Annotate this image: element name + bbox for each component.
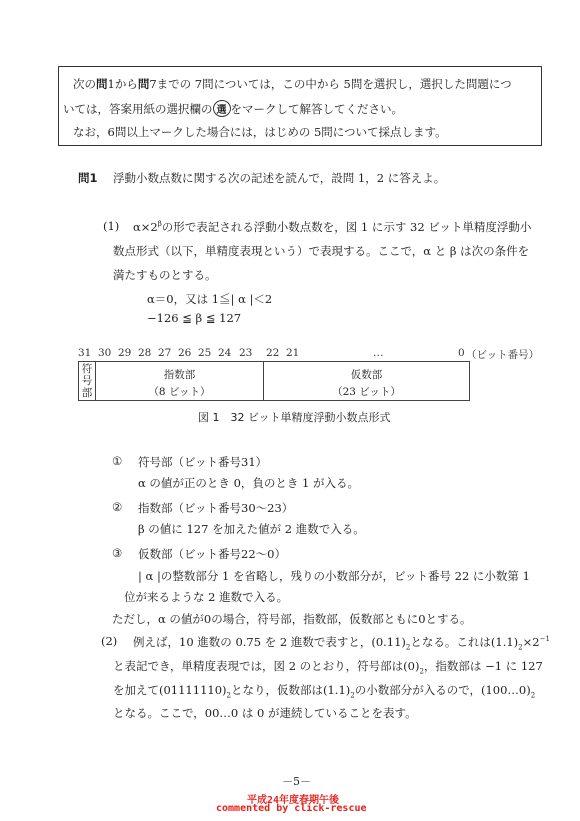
- text: 部: [79, 387, 95, 399]
- mantissa-field: 仮数部 （23 ビット）: [264, 362, 469, 400]
- part1-line-3: 満たすものとする。: [113, 267, 217, 283]
- item-desc: | α |の整数部分 1 を省略し，残りの小数部分が，ビット番号 22 に小数第…: [138, 568, 530, 584]
- instructions-line-3: なお，6問以上マークした場合には，はじめの 5問について採点します。: [73, 124, 447, 140]
- text: 次の: [73, 77, 96, 91]
- item-desc: β の値に 127 を加えた値が 2 進数で入る。: [138, 521, 365, 537]
- instructions-box: 次の問1から問7までの 7問については，この中から 5問を選択し，選択した問題に…: [58, 66, 542, 146]
- question-label: 問1: [78, 170, 98, 186]
- question-intro: 浮動小数点数に関する次の記述を読んで，設問 1，2 に答えよ。: [113, 170, 445, 186]
- condition-beta: −126 ≦ β ≦ 127: [147, 311, 241, 325]
- text: を加えて(01111110): [113, 683, 227, 697]
- bit-number: 24: [218, 347, 231, 359]
- part2-number: (2): [101, 634, 117, 648]
- instructions-line-1: 次の問1から問7までの 7問については，この中から 5問を選択し，選択した問題に…: [73, 76, 512, 92]
- field-name: 指数部: [96, 367, 263, 382]
- question-ref: 問: [96, 77, 108, 91]
- text: 7までの 7問については，この中から 5問を選択し，選択した問題につ: [149, 77, 511, 91]
- bit-number: …: [373, 347, 384, 359]
- item-mark: ①: [112, 454, 122, 468]
- part1-number: (1): [103, 219, 119, 233]
- bit-number: 31: [78, 347, 91, 359]
- part2-line-1: 例えば，10 進数の 0.75 を 2 進数で表すと，(0.11)2となる。これ…: [133, 634, 550, 651]
- text: となる。これは(1.1): [410, 635, 518, 649]
- exponent-field: 指数部 （8 ビット）: [96, 362, 264, 400]
- instructions-line-2: いては，答案用紙の選択欄の選をマークして解答してください。: [63, 100, 403, 117]
- bit-number: 29: [118, 347, 131, 359]
- page-number: －5－: [282, 773, 311, 789]
- bit-number: 22: [266, 347, 279, 359]
- item-title: 指数部（ビット番号30～23）: [138, 500, 293, 516]
- text: いては，答案用紙の選択欄の: [63, 102, 213, 116]
- item-desc: α の値が正のとき 0，負のとき 1 が入る。: [138, 475, 359, 491]
- bit-number: 26: [178, 347, 191, 359]
- text: 1から: [108, 77, 138, 91]
- item-desc: 位が来るような 2 進数で入る。: [124, 589, 288, 605]
- text: となり，仮数部は(1.1): [231, 683, 350, 697]
- sign-field: 符 号 部: [79, 362, 96, 400]
- bit-number: 30: [98, 347, 111, 359]
- condition-alpha: α＝0，又は 1≦| α |＜2: [147, 291, 272, 307]
- bit-number: 27: [158, 347, 171, 359]
- part1-line-2: 数点形式（以下，単精度表現という）で表現する。ここで，α と β は次の条件を: [113, 243, 529, 259]
- part2-line-3: を加えて(01111110)2となり，仮数部は(1.1)2の小数部分が入るので，…: [113, 682, 535, 699]
- field-bits: （23 ビット）: [264, 384, 469, 399]
- text: −1: [540, 635, 550, 643]
- bit-number: 25: [198, 347, 211, 359]
- field-name: 仮数部: [264, 367, 469, 382]
- text: の小数部分が入るので，(100…0): [355, 683, 531, 697]
- bit-number: 21: [286, 347, 299, 359]
- text: と表記でき，単精度表現では，図 2 のとおり，符号部は(0): [113, 659, 419, 673]
- part1-line-1: α×2βの形で表記される浮動小数点数を，図 1 に示す 32 ビット単精度浮動小: [133, 219, 531, 235]
- text: 2: [531, 691, 535, 699]
- bit-number: 0: [458, 347, 465, 359]
- bit-layout-diagram: 符 号 部 指数部 （8 ビット） 仮数部 （23 ビット）: [78, 361, 470, 401]
- zero-note: ただし，α の値が0の場合，符号部，指数部，仮数部ともに0とする。: [112, 611, 472, 627]
- text: α×2: [133, 220, 158, 234]
- text: をマークして解答してください。: [231, 102, 404, 116]
- item-title: 符号部（ビット番号31）: [138, 454, 267, 470]
- question-ref: 問: [138, 77, 150, 91]
- item-mark: ②: [112, 500, 122, 514]
- bit-number: 23: [239, 347, 252, 359]
- text: 号: [79, 375, 95, 387]
- select-mark-icon: 選: [213, 100, 231, 117]
- field-bits: （8 ビット）: [96, 384, 263, 399]
- text: の形で表記される浮動小数点数を，図 1 に示す 32 ビット単精度浮動小: [162, 220, 532, 234]
- text: 符: [79, 363, 95, 375]
- part2-line-2: と表記でき，単精度表現では，図 2 のとおり，符号部は(0)2，指数部は −1 …: [113, 658, 543, 675]
- text: ×2: [523, 635, 540, 649]
- item-title: 仮数部（ビット番号22～0）: [138, 546, 286, 562]
- text: 例えば，10 進数の 0.75 を 2 進数で表すと，(0.11): [133, 635, 406, 649]
- bit-number: 28: [138, 347, 151, 359]
- text: ，指数部は −1 に 127: [424, 659, 543, 673]
- credit-label: commented by click-rescue: [216, 803, 367, 814]
- bit-number-label: （ビット番号）: [466, 347, 539, 362]
- figure-caption: 図 1 32 ビット単精度浮動小数点形式: [198, 409, 391, 425]
- item-mark: ③: [112, 546, 122, 560]
- part2-line-4: となる。ここで，00…0 は 0 が連続していることを表す。: [113, 705, 417, 721]
